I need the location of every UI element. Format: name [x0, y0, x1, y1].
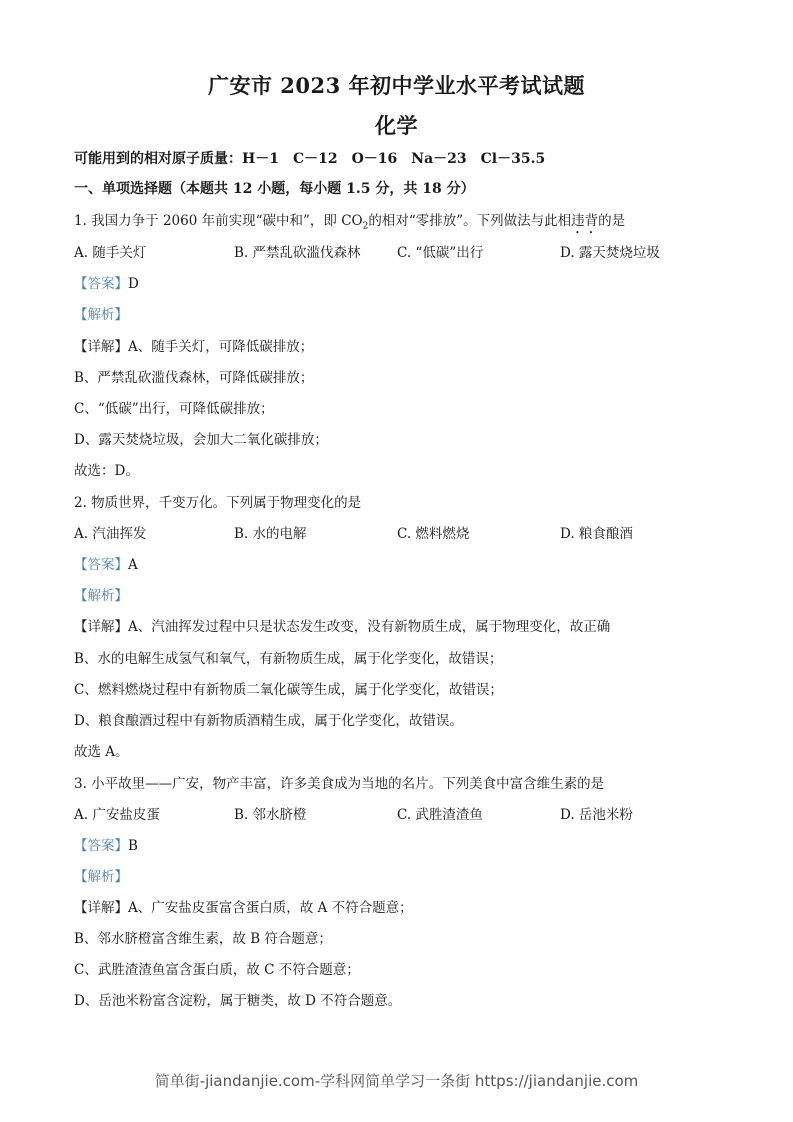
q1-detail-3: D、露天焚烧垃圾，会加大二氧化碳排放； [74, 431, 328, 449]
q3-detail-1: B、邻水脐橙富含维生素，故 B 符合题意； [74, 930, 332, 948]
q2-detail-2: C、燃料燃烧过程中有新物质二氧化碳等生成，属于化学变化，故错误； [74, 681, 503, 699]
detail-text: A、汽油挥发过程中只是状态发生改变，没有新物质生成，属于物理变化，故正确 [128, 619, 610, 635]
question-3-stem: 3. 小平故里——广安，物产丰富，许多美食成为当地的名片。下列美食中富含维生素的… [74, 775, 604, 793]
answer-value: A [128, 557, 138, 573]
q1-conclusion: 故选：D。 [74, 462, 139, 480]
q2-option-b: B. 水的电解 [234, 525, 307, 543]
q1-stem-part: 1. 我国力争于 2060 年前实现“碳中和”，即 CO [74, 213, 363, 229]
q2-option-a: A. 汽油挥发 [74, 525, 146, 543]
q1-stem-part: 的是 [598, 213, 625, 229]
detail-text: A、广安盐皮蛋富含蛋白质，故 A 不符合题意； [128, 900, 413, 916]
q3-option-c: C. 武胜渣渣鱼 [397, 806, 483, 824]
q2-option-c: C. 燃料燃烧 [397, 525, 469, 543]
detail-label: 【详解】 [74, 619, 128, 635]
answer-value: D [128, 276, 139, 292]
q1-option-a: A. 随手关灯 [74, 244, 146, 262]
section-heading: 一、单项选择题（本题共 12 小题，每小题 1.5 分，共 18 分） [74, 180, 475, 198]
q2-conclusion: 故选 A。 [74, 743, 129, 761]
q3-option-b: B. 邻水脐橙 [234, 806, 307, 824]
q3-option-a: A. 广安盐皮蛋 [74, 806, 160, 824]
q1-answer: 【答案】D [74, 275, 139, 293]
document-page: 广安市 2023 年初中学业水平考试试题 化学 可能用到的相对原子质量：H－1 … [0, 0, 793, 1122]
q1-detail-2: C、“低碳”出行，可降低碳排放； [74, 400, 274, 418]
q2-detail-0: 【详解】A、汽油挥发过程中只是状态发生改变，没有新物质生成，属于物理变化，故正确 [74, 618, 610, 636]
q2-option-d: D. 粮食酿酒 [560, 525, 633, 543]
q3-detail-2: C、武胜渣渣鱼富含蛋白质，故 C 不符合题意； [74, 961, 360, 979]
q2-detail-3: D、粮食酿酒过程中有新物质酒精生成，属于化学变化，故错误。 [74, 712, 463, 730]
q1-analysis-label: 【解析】 [74, 306, 128, 324]
question-2-stem: 2. 物质世界，千变万化。下列属于物理变化的是 [74, 494, 361, 512]
q3-analysis-label: 【解析】 [74, 868, 128, 886]
answer-label: 【答案】 [74, 276, 128, 292]
q1-option-b: B. 严禁乱砍滥伐森林 [234, 244, 361, 262]
subject-title: 化学 [0, 110, 793, 140]
q1-stem-part: 的相对“零排放”。下列做法与此相 [368, 213, 571, 229]
exam-title: 广安市 2023 年初中学业水平考试试题 [0, 70, 793, 100]
q3-detail-0: 【详解】A、广安盐皮蛋富含蛋白质，故 A 不符合题意； [74, 899, 413, 917]
detail-label: 【详解】 [74, 339, 128, 355]
detail-label: 【详解】 [74, 900, 128, 916]
q1-option-d: D. 露天焚烧垃圾 [560, 244, 660, 262]
footer-watermark: 简单街-jiandanjie.com-学科网简单学习一条街 https://ji… [0, 1070, 793, 1091]
q3-answer: 【答案】B [74, 837, 138, 855]
atomic-masses: 可能用到的相对原子质量：H－1 C－12 O－16 Na－23 Cl－35.5 [74, 150, 545, 168]
detail-text: A、随手关灯，可降低碳排放； [128, 339, 313, 355]
q1-detail-1: B、严禁乱砍滥伐森林，可降低碳排放； [74, 369, 313, 387]
q1-option-c: C. “低碳”出行 [397, 244, 483, 262]
answer-value: B [128, 838, 138, 854]
q3-option-d: D. 岳池米粉 [560, 806, 633, 824]
q1-emphasis: 违背 [571, 213, 598, 229]
q1-detail-0: 【详解】A、随手关灯，可降低碳排放； [74, 338, 313, 356]
answer-label: 【答案】 [74, 557, 128, 573]
q2-analysis-label: 【解析】 [74, 587, 128, 605]
question-1-stem: 1. 我国力争于 2060 年前实现“碳中和”，即 CO2的相对“零排放”。下列… [74, 212, 625, 237]
q3-detail-3: D、岳池米粉富含淀粉，属于糖类，故 D 不符合题意。 [74, 992, 401, 1010]
answer-label: 【答案】 [74, 838, 128, 854]
q2-answer: 【答案】A [74, 556, 138, 574]
q2-detail-1: B、水的电解生成氢气和氧气，有新物质生成，属于化学变化，故错误； [74, 650, 502, 668]
